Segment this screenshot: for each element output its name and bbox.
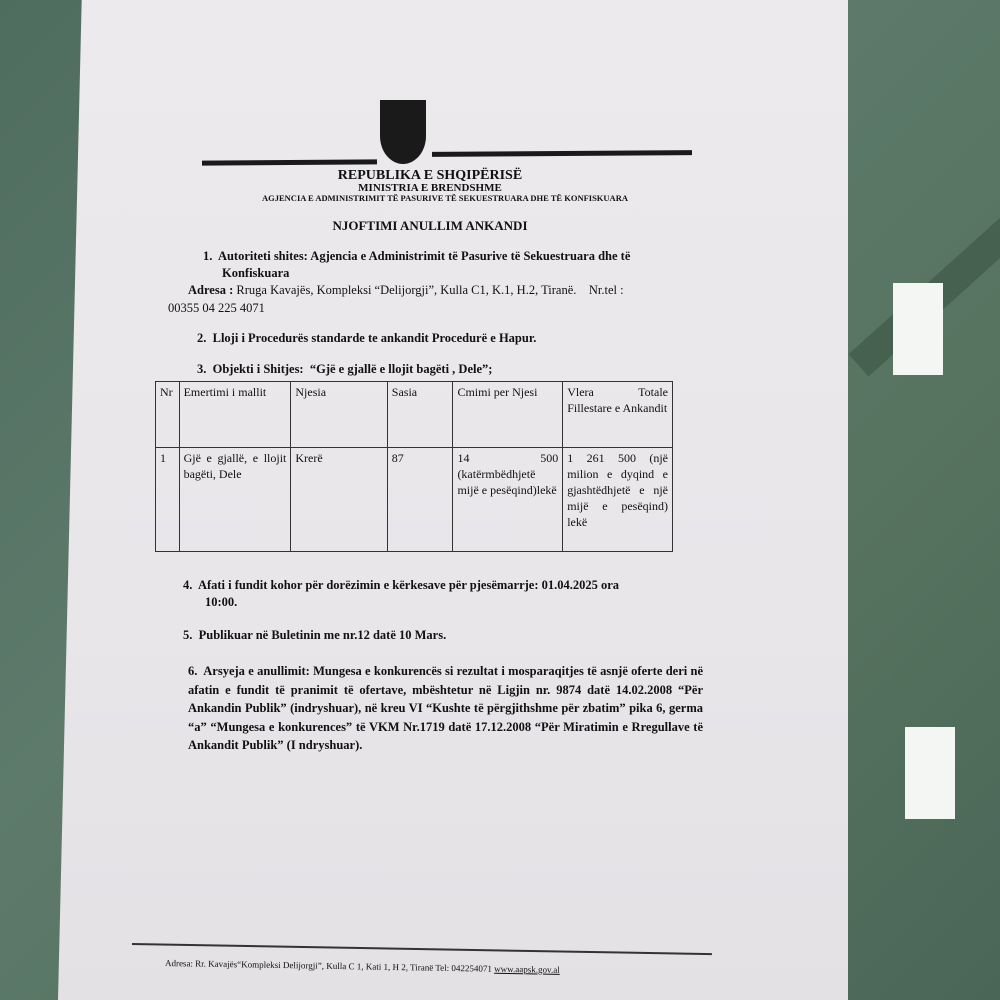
item-6: 6. Arsyeja e anullimit: Mungesa e konkur… bbox=[188, 662, 703, 755]
col-header: Cmimi per Njesi bbox=[453, 382, 563, 448]
item-4-line2: 10:00. bbox=[205, 594, 237, 611]
background-window-light bbox=[905, 727, 955, 819]
table-cell: Krerë bbox=[291, 448, 387, 552]
table-header-row: Nr Emertimi i mallit Njesia Sasia Cmimi … bbox=[156, 382, 673, 448]
address-line: Adresa : Rruga Kavajës, Kompleksi “Delij… bbox=[188, 282, 624, 299]
table-cell: 1 bbox=[156, 448, 180, 552]
item-2: 2. Lloji i Procedurës standarde te ankan… bbox=[197, 330, 536, 347]
document-title: NJOFTIMI ANULLIM ANKANDI bbox=[300, 218, 560, 234]
col-header: Nr bbox=[156, 382, 180, 448]
col-header: Emertimi i mallit bbox=[179, 382, 291, 448]
background-window-light bbox=[893, 283, 943, 375]
tel-value: 00355 04 225 4071 bbox=[168, 300, 265, 317]
item-5: 5. Publikuar në Buletinin me nr.12 datë … bbox=[183, 627, 446, 644]
header-agency: AGJENCIA E ADMINISTRIMIT TË PASURIVE TË … bbox=[240, 193, 650, 203]
table-row: 1 Gjë e gjallë, e llojit bagëti, Dele Kr… bbox=[156, 448, 673, 552]
item-4: 4. Afati i fundit kohor për dorëzimin e … bbox=[183, 577, 619, 594]
table-cell: 14 500 (katërmbëdhjetë mijë e pesëqind)l… bbox=[453, 448, 563, 552]
coat-of-arms-shield-icon bbox=[380, 100, 426, 164]
website-link[interactable]: www.aapsk.gov.al bbox=[494, 964, 560, 975]
col-header: Njesia bbox=[291, 382, 387, 448]
item-1-line2: Konfiskuara bbox=[222, 265, 289, 282]
table-cell: 87 bbox=[387, 448, 453, 552]
table-cell: 1 261 500 (një milion e dyqind e gjashtë… bbox=[563, 448, 673, 552]
col-header: Vlera Totale Fillestare e Ankandit bbox=[563, 382, 673, 448]
col-header: Sasia bbox=[387, 382, 453, 448]
item-1: 1. Autoriteti shites: Agjencia e Adminis… bbox=[203, 248, 630, 265]
auction-items-table: Nr Emertimi i mallit Njesia Sasia Cmimi … bbox=[155, 381, 673, 552]
item-3: 3. Objekti i Shitjes: “Gjë e gjallë e ll… bbox=[197, 361, 492, 378]
table-cell: Gjë e gjallë, e llojit bagëti, Dele bbox=[179, 448, 291, 552]
